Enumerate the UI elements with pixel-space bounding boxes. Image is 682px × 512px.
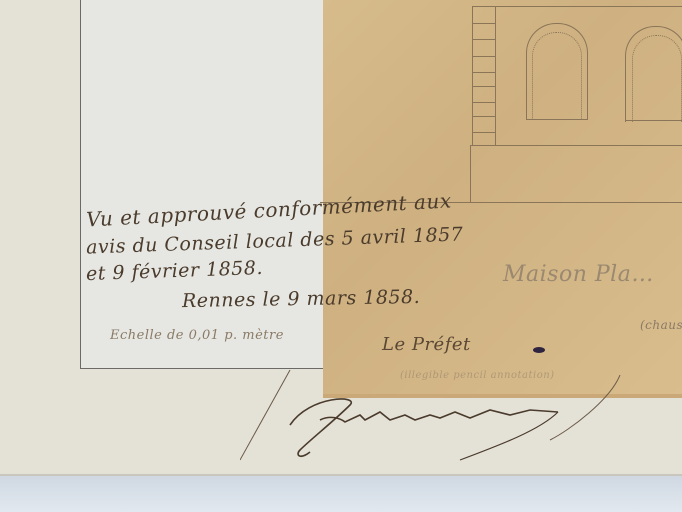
pilaster-left-line (472, 6, 473, 146)
drawing-top-line (472, 6, 682, 7)
ink-blot (533, 347, 545, 353)
pilaster-course-8 (472, 132, 496, 133)
pilaster-course-3 (472, 56, 496, 57)
arched-window-1-sill (526, 119, 588, 120)
scale-note: Echelle de 0,01 p. mètre (110, 328, 284, 343)
prefect-title: Le Préfet (382, 334, 471, 355)
background-surface (0, 476, 682, 512)
approval-line-4: Rennes le 9 mars 1858. (182, 286, 421, 312)
plinth-left-line (470, 145, 471, 203)
pilaster-course-6 (472, 102, 496, 103)
pilaster-right-line (495, 6, 496, 146)
plan-title: Maison Pla… (503, 262, 654, 287)
pilaster-course-4 (472, 72, 496, 73)
pilaster-course-5 (472, 86, 496, 87)
arched-window-1-inner (532, 32, 582, 120)
architectural-elevation-drawing (470, 0, 682, 205)
plinth-top-line (470, 145, 682, 146)
pilaster-course-2 (472, 39, 496, 40)
pilaster-course-7 (472, 116, 496, 117)
arched-window-2-inner (632, 35, 682, 122)
frame-border-left (80, 0, 81, 369)
pilaster-course-1 (472, 23, 496, 24)
arched-window-2-sill (625, 120, 682, 121)
plan-subtitle: (chaus… (640, 318, 682, 332)
prefect-signature (240, 360, 660, 470)
inner-paper-panel (81, 0, 324, 368)
